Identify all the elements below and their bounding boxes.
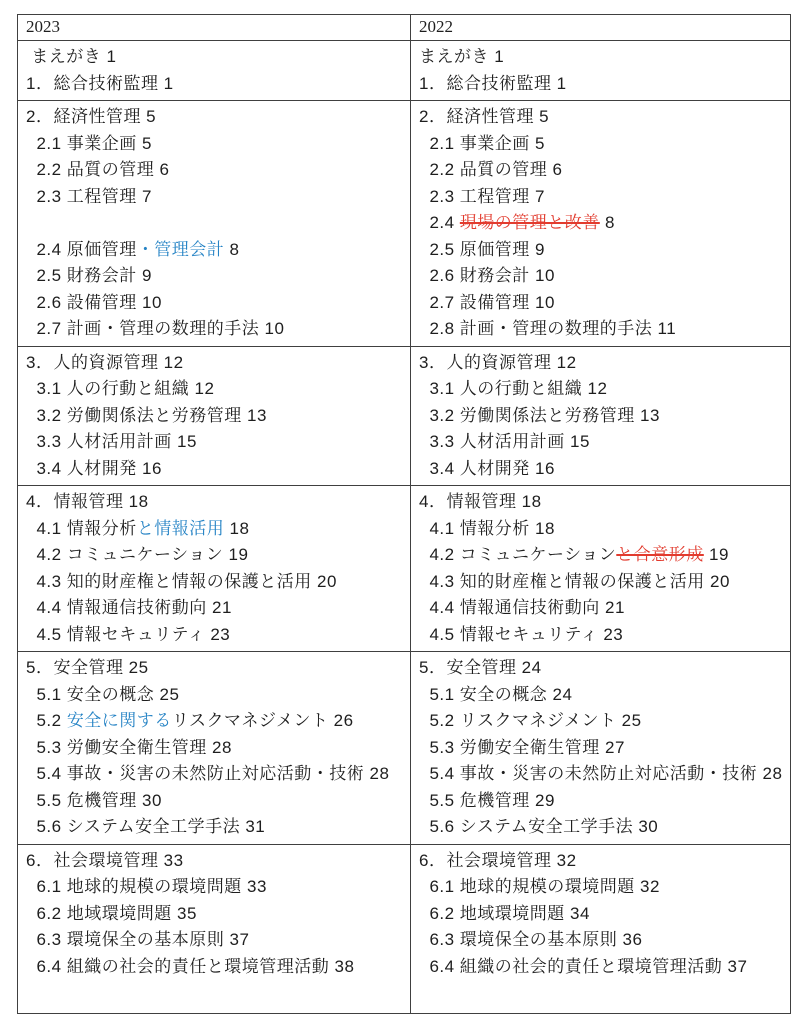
text: 5.1 安全の概念 25 [26,685,179,704]
toc-line: 4.2 コミュニケーションと合意形成 19 [419,542,782,569]
toc-line: 2.5 財務会計 9 [26,263,402,290]
text: 8 [600,213,615,232]
text: 1．総合技術監理 1 [419,74,567,93]
toc-line: 2．経済性管理 5 [419,104,782,131]
text: 5.4 事故・災害の未然防止対応活動・技術 28 [419,764,782,783]
text: 4．情報管理 18 [26,492,149,511]
toc-row: 3．人的資源管理 12 3.1 人の行動と組織 12 3.2 労働関係法と労務管… [18,346,791,486]
toc-line: 2.3 工程管理 7 [419,184,782,211]
toc-line: 2.2 品質の管理 6 [419,157,782,184]
text: 4.1 情報分析 [26,519,137,538]
toc-line: 4.3 知的財産権と情報の保護と活用 20 [419,569,782,596]
toc-line: 4.5 情報セキュリティ 23 [419,622,782,649]
text [26,213,31,232]
toc-line: 5．安全管理 25 [26,655,402,682]
toc-line: 3.4 人材開発 16 [419,456,782,483]
text: 2.2 品質の管理 6 [419,160,562,179]
text: 6.3 環境保全の基本原則 36 [419,930,642,949]
text: 4.2 コミュニケーション [419,545,616,564]
text: 5.3 労働安全衛生管理 28 [26,738,232,757]
text: 2.6 設備管理 10 [26,293,162,312]
text: 3．人的資源管理 12 [419,353,577,372]
text: 5.2 [26,711,67,730]
toc-line: 4.5 情報セキュリティ 23 [26,622,402,649]
toc-line: 5.6 システム安全工学手法 31 [26,814,402,841]
toc-body: まえがき 11．総合技術監理 1まえがき 11．総合技術監理 12．経済性管理 … [18,41,791,1014]
text: 4.3 知的財産権と情報の保護と活用 20 [419,572,730,591]
toc-cell-2022: 3．人的資源管理 12 3.1 人の行動と組織 12 3.2 労働関係法と労務管… [411,346,791,486]
toc-line: 2.7 計画・管理の数理的手法 10 [26,316,402,343]
text: 2.4 原価管理 [26,240,137,259]
text: 4.5 情報セキュリティ 23 [26,625,230,644]
text: 5．安全管理 24 [419,658,542,677]
toc-line: 2.4 現場の管理と改善 8 [419,210,782,237]
toc-line: 5．安全管理 24 [419,655,782,682]
text: 5.1 安全の概念 24 [419,685,572,704]
toc-line: 5.4 事故・災害の未然防止対応活動・技術 28 [419,761,782,788]
toc-cell-2022: 6．社会環境管理 32 6.1 地球的規模の環境問題 32 6.2 地域環境問題… [411,844,791,1014]
text: 3.3 人材活用計画 15 [419,432,590,451]
text: 3.3 人材活用計画 15 [26,432,197,451]
text: 2.5 財務会計 9 [26,266,152,285]
toc-line: 4．情報管理 18 [26,489,402,516]
toc-line: 5.1 安全の概念 25 [26,682,402,709]
text: 4．情報管理 18 [419,492,542,511]
toc-line: 3.1 人の行動と組織 12 [26,376,402,403]
toc-line: 6.3 環境保全の基本原則 36 [419,927,782,954]
column-header-2023: 2023 [18,15,411,41]
toc-line: 6.4 組織の社会的責任と環境管理活動 38 [26,954,402,981]
text: 2．経済性管理 5 [26,107,156,126]
toc-line: 3.3 人材活用計画 15 [419,429,782,456]
text: 2.7 計画・管理の数理的手法 10 [26,319,284,338]
toc-line: 6.1 地球的規模の環境問題 32 [419,874,782,901]
toc-line: 4.3 知的財産権と情報の保護と活用 20 [26,569,402,596]
removed-text: と合意形成 [616,545,704,564]
toc-line: 5.2 安全に関するリスクマネジメント 26 [26,708,402,735]
toc-line: 2.6 財務会計 10 [419,263,782,290]
toc-line: 5.6 システム安全工学手法 30 [419,814,782,841]
added-text: ・管理会計 [137,240,225,259]
toc-line: 3.4 人材開発 16 [26,456,402,483]
text: 6.2 地域環境問題 35 [26,904,197,923]
text: 4.4 情報通信技術動向 21 [26,598,232,617]
toc-comparison-table: 2023 2022 まえがき 11．総合技術監理 1まえがき 11．総合技術監理… [17,14,791,1014]
text: 6.4 組織の社会的責任と環境管理活動 38 [26,957,354,976]
toc-line: 6.2 地域環境問題 35 [26,901,402,928]
toc-line: 4.1 情報分析と情報活用 18 [26,516,402,543]
text: まえがき 1 [419,47,504,66]
text: 3.4 人材開発 16 [419,459,555,478]
text: 4.4 情報通信技術動向 21 [419,598,625,617]
toc-line: 5.1 安全の概念 24 [419,682,782,709]
toc-cell-2022: 4．情報管理 18 4.1 情報分析 18 4.2 コミュニケーションと合意形成… [411,486,791,652]
toc-line: 2.4 原価管理・管理会計 8 [26,237,402,264]
toc-line: 3.1 人の行動と組織 12 [419,376,782,403]
toc-line: 1．総合技術監理 1 [419,71,782,98]
toc-row: まえがき 11．総合技術監理 1まえがき 11．総合技術監理 1 [18,41,791,101]
toc-row: 2．経済性管理 5 2.1 事業企画 5 2.2 品質の管理 6 2.3 工程管… [18,101,791,347]
text: 6.1 地球的規模の環境問題 33 [26,877,267,896]
toc-row: 6．社会環境管理 33 6.1 地球的規模の環境問題 33 6.2 地域環境問題… [18,844,791,1014]
text: まえがき 1 [26,47,116,66]
text: 6.1 地球的規模の環境問題 32 [419,877,660,896]
toc-line: 6.4 組織の社会的責任と環境管理活動 37 [419,954,782,981]
toc-cell-2022: 5．安全管理 24 5.1 安全の概念 24 5.2 リスクマネジメント 25 … [411,652,791,845]
toc-line: 6．社会環境管理 33 [26,848,402,875]
toc-cell-2023: 5．安全管理 25 5.1 安全の概念 25 5.2 安全に関するリスクマネジメ… [18,652,411,845]
toc-line: 2.1 事業企画 5 [419,131,782,158]
toc-cell-2023: 3．人的資源管理 12 3.1 人の行動と組織 12 3.2 労働関係法と労務管… [18,346,411,486]
text: 2.3 工程管理 7 [419,187,545,206]
toc-line: 5.3 労働安全衛生管理 27 [419,735,782,762]
page: 2023 2022 まえがき 11．総合技術監理 1まえがき 11．総合技術監理… [0,0,804,1024]
toc-row: 5．安全管理 25 5.1 安全の概念 25 5.2 安全に関するリスクマネジメ… [18,652,791,845]
toc-line: 2.7 設備管理 10 [419,290,782,317]
header-row: 2023 2022 [18,15,791,41]
added-text: と情報活用 [137,519,225,538]
text: 2.6 財務会計 10 [419,266,555,285]
toc-line: 6．社会環境管理 32 [419,848,782,875]
text: 3.2 労働関係法と労務管理 13 [419,406,660,425]
toc-line: 2.8 計画・管理の数理的手法 11 [419,316,782,343]
text: 6.2 地域環境問題 34 [419,904,590,923]
toc-line: 2.3 工程管理 7 [26,184,402,211]
toc-line [26,210,402,237]
text: 5.4 事故・災害の未然防止対応活動・技術 28 [26,764,389,783]
toc-line: 2．経済性管理 5 [26,104,402,131]
text: 2.3 工程管理 7 [26,187,152,206]
toc-line: 5.4 事故・災害の未然防止対応活動・技術 28 [26,761,402,788]
text: 5.6 システム安全工学手法 30 [419,817,658,836]
toc-cell-2023: 2．経済性管理 5 2.1 事業企画 5 2.2 品質の管理 6 2.3 工程管… [18,101,411,347]
toc-line: 6.3 環境保全の基本原則 37 [26,927,402,954]
toc-cell-2023: まえがき 11．総合技術監理 1 [18,41,411,101]
text: 3.1 人の行動と組織 12 [26,379,214,398]
text: 6．社会環境管理 33 [26,851,184,870]
toc-line: 4．情報管理 18 [419,489,782,516]
text: 2.8 計画・管理の数理的手法 11 [419,319,676,338]
toc-line: 3．人的資源管理 12 [419,350,782,377]
text: 4.2 コミュニケーション 19 [26,545,248,564]
text: 5.3 労働安全衛生管理 27 [419,738,625,757]
toc-cell-2022: 2．経済性管理 5 2.1 事業企画 5 2.2 品質の管理 6 2.3 工程管… [411,101,791,347]
toc-cell-2023: 6．社会環境管理 33 6.1 地球的規模の環境問題 33 6.2 地域環境問題… [18,844,411,1014]
toc-cell-2023: 4．情報管理 18 4.1 情報分析と情報活用 18 4.2 コミュニケーション… [18,486,411,652]
toc-line: 5.5 危機管理 29 [419,788,782,815]
text: 2.2 品質の管理 6 [26,160,169,179]
text: 3.2 労働関係法と労務管理 13 [26,406,267,425]
toc-line: 4.4 情報通信技術動向 21 [26,595,402,622]
text: 6.4 組織の社会的責任と環境管理活動 37 [419,957,747,976]
text: 5.6 システム安全工学手法 31 [26,817,265,836]
toc-line: 3.2 労働関係法と労務管理 13 [26,403,402,430]
toc-line: 3．人的資源管理 12 [26,350,402,377]
text: 4.5 情報セキュリティ 23 [419,625,623,644]
text: 2．経済性管理 5 [419,107,549,126]
text: 8 [224,240,239,259]
text: 5.5 危機管理 30 [26,791,162,810]
toc-line: まえがき 1 [419,44,782,71]
toc-line: 4.2 コミュニケーション 19 [26,542,402,569]
text: 4.3 知的財産権と情報の保護と活用 20 [26,572,337,591]
text: 2.1 事業企画 5 [26,134,152,153]
text: リスクマネジメント 26 [172,711,354,730]
text: 19 [704,545,729,564]
toc-line: 1．総合技術監理 1 [26,71,402,98]
toc-line: 5.2 リスクマネジメント 25 [419,708,782,735]
text: 1．総合技術監理 1 [26,74,174,93]
removed-text: 現場の管理と改善 [460,213,600,232]
text: 3.1 人の行動と組織 12 [419,379,607,398]
toc-row: 4．情報管理 18 4.1 情報分析と情報活用 18 4.2 コミュニケーション… [18,486,791,652]
text: 5．安全管理 25 [26,658,149,677]
toc-line: 6.1 地球的規模の環境問題 33 [26,874,402,901]
toc-line: まえがき 1 [26,44,402,71]
text: 4.1 情報分析 18 [419,519,555,538]
text: 2.1 事業企画 5 [419,134,545,153]
toc-line: 5.5 危機管理 30 [26,788,402,815]
column-header-2022: 2022 [411,15,791,41]
toc-line: 2.6 設備管理 10 [26,290,402,317]
text: 3．人的資源管理 12 [26,353,184,372]
toc-line: 2.2 品質の管理 6 [26,157,402,184]
text: 5.5 危機管理 29 [419,791,555,810]
toc-cell-2022: まえがき 11．総合技術監理 1 [411,41,791,101]
toc-line: 5.3 労働安全衛生管理 28 [26,735,402,762]
text: 5.2 リスクマネジメント 25 [419,711,642,730]
text: 2.7 設備管理 10 [419,293,555,312]
toc-line: 4.1 情報分析 18 [419,516,782,543]
toc-line: 3.3 人材活用計画 15 [26,429,402,456]
toc-line: 6.2 地域環境問題 34 [419,901,782,928]
toc-line: 3.2 労働関係法と労務管理 13 [419,403,782,430]
text: 2.5 原価管理 9 [419,240,545,259]
toc-line: 2.1 事業企画 5 [26,131,402,158]
text: 6.3 環境保全の基本原則 37 [26,930,249,949]
text: 3.4 人材開発 16 [26,459,162,478]
text: 18 [224,519,249,538]
toc-line: 4.4 情報通信技術動向 21 [419,595,782,622]
added-text: 安全に関する [67,711,172,730]
text: 2.4 [419,213,460,232]
toc-line: 2.5 原価管理 9 [419,237,782,264]
text: 6．社会環境管理 32 [419,851,577,870]
